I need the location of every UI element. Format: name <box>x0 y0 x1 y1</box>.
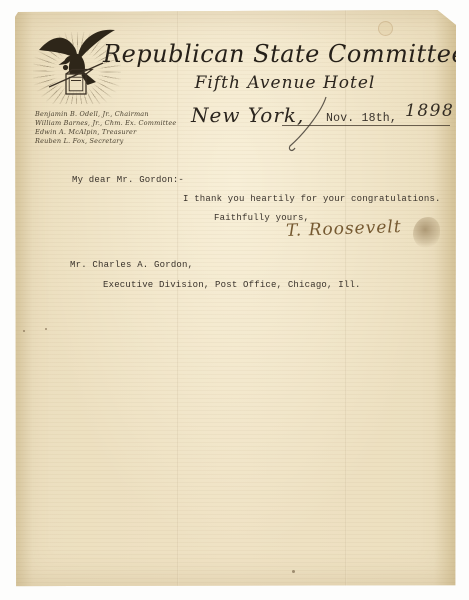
signature: T. Roosevelt <box>286 217 402 241</box>
officer-ex-committee: William Barnes, Jr., Chm. Ex. Committee <box>35 119 176 128</box>
officer-secretary: Reuben L. Fox, Secretary <box>35 137 176 146</box>
paper-speck <box>45 328 47 330</box>
officer-treasurer: Edwin A. McAlpin, Treasurer <box>35 128 176 137</box>
officer-list: Benjamin B. Odell, Jr., Chairman William… <box>35 110 176 146</box>
letter-paper: Republican State Committee, Fifth Avenue… <box>15 10 456 587</box>
officer-chairman: Benjamin B. Odell, Jr., Chairman <box>35 110 176 119</box>
pen-stroke-mark <box>283 94 338 159</box>
recipient-address: Executive Division, Post Office, Chicago… <box>103 280 361 290</box>
venue-name: Fifth Avenue Hotel <box>143 73 427 93</box>
scanned-letter: Republican State Committee, Fifth Avenue… <box>0 0 469 600</box>
year: 1898 <box>405 101 454 121</box>
paper-speck <box>292 570 295 573</box>
paper-speck <box>23 330 25 332</box>
recipient-name: Mr. Charles A. Gordon, <box>70 260 193 270</box>
paper-crease <box>177 10 179 587</box>
organization-name: Republican State Committee, <box>103 40 459 68</box>
ink-stain <box>413 217 440 248</box>
body-text: I thank you heartily for your congratula… <box>183 194 441 204</box>
salutation: My dear Mr. Gordon:- <box>72 175 184 185</box>
paper-crease <box>345 10 347 587</box>
paper-stain-ring <box>378 21 393 36</box>
